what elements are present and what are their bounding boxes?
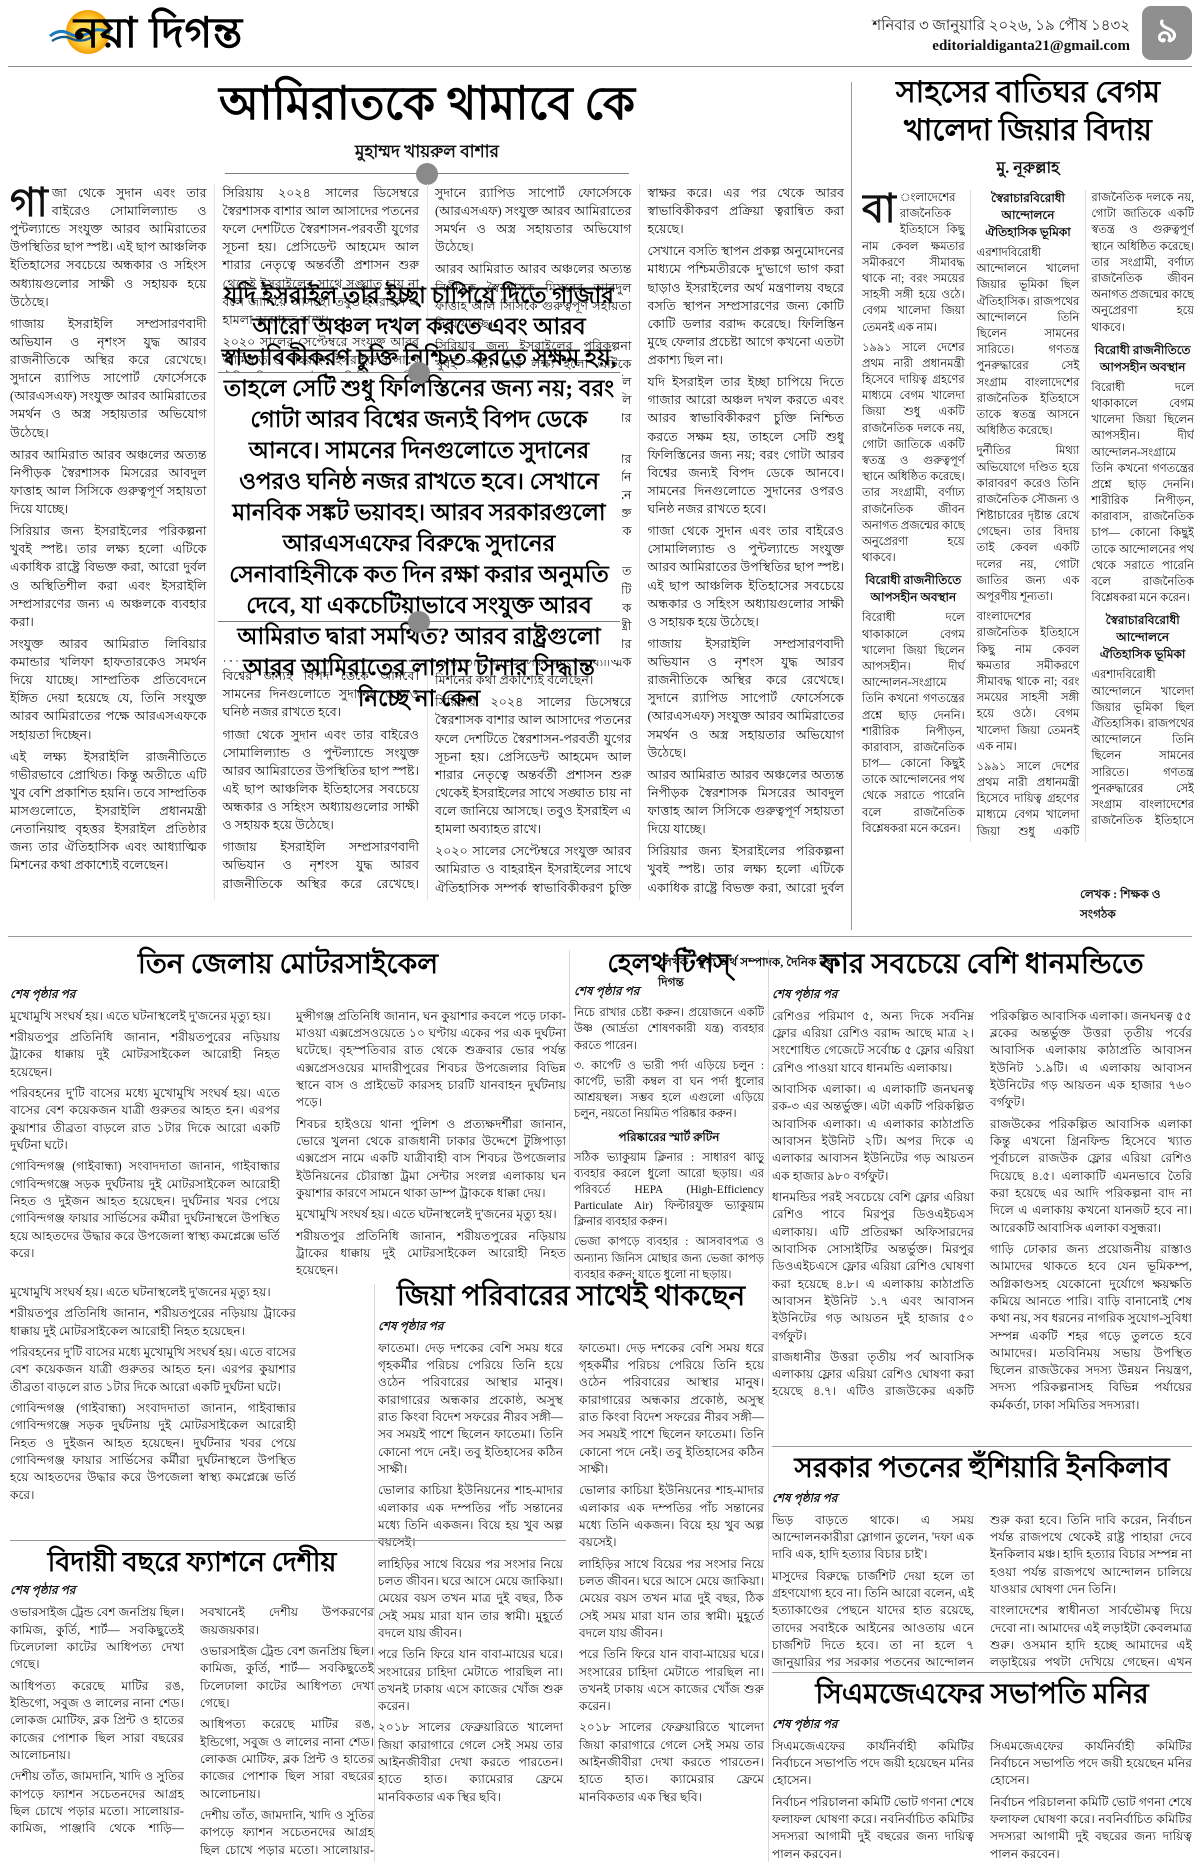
pull-quote-top-rule [218,372,620,373]
editorial-email: editorialdiganta21@gmail.com [872,36,1130,56]
right-stack-divider-1 [772,1446,1192,1447]
body-paragraph: মুন্সীগঞ্জ প্রতিনিধি জানান, ঘন কুয়াশার … [296,1008,566,1112]
body-paragraph: ভোলার কাচিয়া ইউনিয়নের শাহ-মাদার এলাকার… [579,1482,764,1551]
logo-text: নয়া দিগন্ত [74,0,243,71]
body-paragraph: মুখোমুখি সংঘর্ষ হয়। এতে ঘটনাস্থলেই দু'জ… [296,1206,566,1223]
continued-note: শেষ পৃষ্ঠার পর [378,1318,764,1338]
body-paragraph: ১৯৯১ সালে দেশের প্রথম নারী প্রধানমন্ত্রী… [862,340,965,567]
body-paragraph: পরে তিনি ফিরে যান বাবা-মায়ের ঘরে। সংসার… [579,1646,764,1715]
body-subhead: পরিষ্কারের স্মার্ট রুটিন [574,1129,764,1146]
left-stack-divider [10,1540,566,1541]
second-article: সাহসের বাতিঘর বেগম খালেদা জিয়ার বিদায় … [862,74,1194,842]
body-paragraph: শরীয়তপুর প্রতিনিধি জানান, শরীয়তপুরের ন… [10,1305,296,1340]
tin-jela-body: মুখোমুখি সংঘর্ষ হয়। এতে ঘটনাস্থলেই দু'জ… [10,1008,566,1288]
article-cmjf-monir: সিএমজেএফের সভাপতি মনির শেষ পৃষ্ঠার পর সি… [772,1678,1192,1866]
health-tips-title: হেলথ টিপস্ [574,948,764,979]
body-paragraph: শরীয়তপুর প্রতিনিধি জানান, শরীয়তপুরের ন… [10,1029,280,1081]
body-paragraph: সেখানে বসতি স্থাপন প্রকল্প অনুমোদনের মাধ… [648,242,845,369]
body-paragraph: সিরিয়ার জন্য ইসরাইলের পরিকল্পনা খুবই স্… [10,522,207,631]
continued-note: শেষ পৃষ্ঠার পর [772,1716,1192,1736]
body-paragraph: শরীয়তপুর প্রতিনিধি জানান, শরীয়তপুরের ন… [296,1228,566,1280]
continued-note: শেষ পৃষ্ঠার পর [10,986,566,1006]
article-bidayi-fashion: বিদায়ী বছরে ফ্যাশনে দেশীয় শেষ পৃষ্ঠার … [10,1546,374,1862]
body-paragraph: এই লক্ষ্য ইসরাইলি রাজনীতিতে গভীরভাবে প্র… [10,748,207,875]
body-paragraph: ফাতেমা। দেড় দশকের বেশি সময় ধরে গৃহকর্ম… [378,1340,563,1479]
cmjf-monir-title: সিএমজেএফের সভাপতি মনির [772,1678,1192,1712]
sarkar-potoner-title: সরকার পতনের হুঁশিয়ারি ইনকিলাব [772,1452,1192,1486]
body-paragraph: শিবচর হাইওয়ে থানা পুলিশ ও প্রত্যক্ষদর্শ… [296,1116,566,1203]
body-paragraph: গাড়ি ঢোকার জন্য প্রয়োজনীয় রাস্তাও আমা… [990,1241,1192,1414]
body-paragraph: গাজায় ইসরাইলি সম্প্রসারণবাদী অভিযান ও ন… [648,635,845,762]
far-dhanmondi-body: রেশিওর পরিমাণ ৫, অন্য দিকে সর্বনিম্ন ফ্ল… [772,1008,1192,1450]
body-paragraph: আবাসিক এলাকা। এ এলাকাটি জনঘনত্ব রক-৩ এর … [772,1081,974,1185]
sarkar-potoner-body: ভিড় বাড়তে থাকে। এ সময় আন্দোলনকারীরা স… [772,1512,1192,1672]
body-paragraph: লাহিড়ির সাথে বিয়ের পর সংসার নিয়ে চলত … [378,1556,563,1643]
pull-quote-text: যদি ইসরাইল তার ইচ্ছা চাপিয়ে দিতে গাজার … [218,280,620,715]
body-paragraph: লাহিড়ির সাথে বিয়ের পর সংসার নিয়ে চলত … [579,1556,764,1643]
continued-note: শেষ পৃষ্ঠার পর [772,1490,1192,1510]
body-paragraph: মুখোমুখি সংঘর্ষ হয়। এতে ঘটনাস্থলেই দু'জ… [10,1008,280,1025]
body-paragraph: ভোলার কাচিয়া ইউনিয়নের শাহ-মাদার এলাকার… [378,1482,563,1551]
body-paragraph: পরিবহনের দু'টি বাসের মধ্যে মুখোমুখি সংঘর… [10,1344,296,1396]
masthead: নয়া দিগন্ত শনিবার ৩ জানুয়ারি ২০২৬, ১৯ … [0,0,1200,66]
health-tips-body: নিচে রাখার চেষ্টা করুন। প্রয়োজনে একটি উ… [574,1005,764,1287]
continued-note: শেষ পৃষ্ঠার পর [574,983,764,1003]
tin-jela-body-continued: মুখোমুখি সংঘর্ষ হয়। এতে ঘটনাস্থলেই দু'জ… [10,1284,296,1536]
body-paragraph: সংযুক্ত আরব আমিরাত লিবিয়ার কমান্ডার খলি… [10,635,207,744]
bidayi-fashion-body: ওভারসাইজ ট্রেন্ড বেশ জনপ্রিয় ছিল। কামিজ… [10,1604,374,1862]
bottom-divider-2 [768,950,769,1862]
continued-note: শেষ পৃষ্ঠার পর [10,1582,374,1602]
body-paragraph: বাংলাদেশের রাজনৈতিক ইতিহাসে কিছু নাম কেব… [977,609,1080,755]
body-paragraph: রাজউকের পরিকল্পিত আবাসিক এলাকা কিন্তু এখ… [990,1116,1192,1237]
body-paragraph: ফাতেমা। দেড় দশকের বেশি সময় ধরে গৃহকর্ম… [579,1340,764,1479]
body-paragraph: ওভারসাইজ ট্রেন্ড বেশ জনপ্রিয় ছিল। কামিজ… [10,1604,184,1673]
body-paragraph: সঠিক ভ্যাকুয়াম ক্লিনার : সাধারণ ঝাড়ু ব… [574,1150,764,1231]
body-paragraph: ৩. কার্পেট ও ভারী পর্দা এড়িয়ে চলুন : ক… [574,1058,764,1123]
body-paragraph: গাজা থেকে সুদান এবং তার বাইরেও সোমালিল্য… [10,184,207,311]
jiya-family-title: জিয়া পরিবারের সাথেই থাকছেন [378,1280,764,1314]
second-article-byline: মু. নূরুল্লাহ [862,155,1194,182]
body-paragraph: গোবিন্দগঞ্জ (গাইবান্ধা) সংবাদদাতা জানান,… [10,1400,296,1504]
body-paragraph: ২০১৮ সালের ফেব্রুয়ারিতে খালেদা জিয়া কা… [579,1719,764,1806]
pull-quote-bottom-rule [218,621,620,622]
right-stack-divider-2 [772,1672,1192,1673]
drop-cap: গা [10,184,52,220]
body-paragraph: বিরোধী দলে থাকাকালে বেগম খালেদা জিয়া ছি… [1091,380,1194,607]
article-far-dhanmondi: ফার সবচেয়ে বেশি ধানমন্ডিতে শেষ পৃষ্ঠার … [772,948,1192,1450]
body-subhead: বিরোধী রাজনীতিতে আপসহীন অবস্থান [1091,342,1194,376]
body-paragraph: গাজা থেকে সুদান এবং তার বাইরেও সোমালিল্য… [223,726,420,835]
body-paragraph: বিরোধী দলে থাকাকালে বেগম খালেদা জিয়া ছি… [862,610,965,837]
body-paragraph: আরব আমিরাত আরব অঞ্চলের অত্যন্ত নিপীড়ক স… [648,766,845,839]
body-paragraph: গোবিন্দগঞ্জ (গাইবান্ধা) সংবাদদাতা জানান,… [10,1158,280,1262]
lead-article: আমিরাতকে থামাবে কে মুহাম্মদ খায়রুল বাশা… [10,74,844,900]
body-paragraph: ভেজা কাপড়ে ব্যবহার : আসবাবপত্র ও অন্যান… [574,1234,764,1283]
body-paragraph: গাজা থেকে সুদান এবং তার বাইরেও সোমালিল্য… [648,522,845,631]
body-paragraph: নিচে রাখার চেষ্টা করুন। প্রয়োজনে একটি উ… [574,1005,764,1054]
second-author-credit: লেখক : শিক্ষক ও সংগঠক [1080,884,1194,926]
article-sarkar-potoner: সরকার পতনের হুঁশিয়ারি ইনকিলাব শেষ পৃষ্ঠ… [772,1452,1192,1672]
bottom-divider-1 [569,950,570,1280]
tin-jela-title: তিন জেলায় মোটরসাইকেল [10,948,566,982]
lead-article-title: আমিরাতকে থামাবে কে [10,78,844,131]
section-divider [8,936,1192,937]
cmjf-monir-body: সিএমজেএফের কার্যনির্বাহী কমিটির নির্বাচন… [772,1738,1192,1866]
byline-divider-dot [225,173,629,174]
date-text: শনিবার ৩ জানুয়ারি ২০২৬, ১৯ পৌষ ১৪৩২ [872,16,1130,36]
body-paragraph: যদি ইসরাইল তার ইচ্ছা চাপিয়ে দিতে গাজার … [648,373,845,518]
drop-cap: বা [862,190,900,226]
body-paragraph: গাজায় ইসরাইলি সম্প্রসারণবাদী অভিযান ও ন… [10,315,207,442]
dateline: শনিবার ৩ জানুয়ারি ২০২৬, ১৯ পৌষ ১৪৩২ edi… [872,16,1130,57]
body-paragraph: মুখোমুখি সংঘর্ষ হয়। এতে ঘটনাস্থলেই দু'জ… [10,1284,296,1301]
body-paragraph: পরে তিনি ফিরে যান বাবা-মায়ের ঘরে। সংসার… [378,1646,563,1715]
bidayi-fashion-title: বিদায়ী বছরে ফ্যাশনে দেশীয় [10,1546,374,1578]
article-jiya-family: জিয়া পরিবারের সাথেই থাকছেন শেষ পৃষ্ঠার … [378,1280,764,1832]
second-article-title: সাহসের বাতিঘর বেগম খালেদা জিয়ার বিদায় [862,74,1194,149]
pull-quote-box: যদি ইসরাইল তার ইচ্ছা চাপিয়ে দিতে গাজার … [216,372,622,660]
body-subhead: স্বৈরাচারবিরোধী আন্দোলনে ঐতিহাসিক ভূমিকা [1091,612,1194,663]
bottom-divider-3 [374,1284,375,1862]
body-paragraph: রেশিওর পরিমাণ ৫, অন্য দিকে সর্বনিম্ন ফ্ল… [772,1008,974,1077]
jiya-family-body: ফাতেমা। দেড় দশকের বেশি সময় ধরে গৃহকর্ম… [378,1340,764,1832]
body-subhead: বিরোধী রাজনীতিতে আপসহীন অবস্থান [862,572,965,606]
body-paragraph: এরশাদবিরোধী আন্দোলনে খালেদা জিয়ার ভূমিক… [977,245,1080,439]
body-paragraph: ২০১৮ সালের ফেব্রুয়ারিতে খালেদা জিয়া কা… [378,1719,563,1806]
body-paragraph: সিরিয়ায় ২০২৪ সালের ডিসেম্বরে স্বৈরশাসক… [435,693,632,838]
body-paragraph: নির্বাচন পরিচালনা কমিটি ভোট গণনা শেষে ফল… [990,1794,1192,1863]
body-paragraph: আধিপত্য করেছে মাটির রঙ, ইন্ডিগো, সবুজ ও … [200,1716,374,1803]
body-paragraph: দুর্নীতির মিথ্যা অভিযোগে দণ্ডিত হয়ে কার… [977,443,1080,605]
body-paragraph: পরিবহনের দু'টি বাসের মধ্যে মুখোমুখি সংঘর… [10,1085,280,1154]
body-paragraph: আরব আমিরাত আরব অঞ্চলের অত্যন্ত নিপীড়ক স… [10,446,207,519]
article-health-tips: হেলথ টিপস্ শেষ পৃষ্ঠার পর নিচে রাখার চেষ… [574,948,764,1287]
body-paragraph: আধিপত্য করেছে মাটির রঙ, ইন্ডিগো, সবুজ ও … [10,1678,184,1765]
continued-note: শেষ পৃষ্ঠার পর [772,986,1192,1006]
top-articles-divider [851,82,852,930]
body-paragraph: সিএমজেএফের কার্যনির্বাহী কমিটির নির্বাচন… [772,1738,974,1790]
body-subhead: স্বৈরাচারবিরোধী আন্দোলনে ঐতিহাসিক ভূমিকা [977,190,1080,241]
body-paragraph: নির্বাচন পরিচালনা কমিটি ভোট গণনা শেষে ফল… [772,1794,974,1863]
masthead-divider [8,66,1192,67]
newspaper-page: নয়া দিগন্ত শনিবার ৩ জানুয়ারি ২০২৬, ১৯ … [0,0,1200,1868]
far-dhanmondi-title: ফার সবচেয়ে বেশি ধানমন্ডিতে [772,948,1192,982]
body-paragraph: ওভারসাইজ ট্রেন্ড বেশ জনপ্রিয় ছিল। কামিজ… [200,1643,374,1712]
body-paragraph: বাংলাদেশের রাজনৈতিক ইতিহাসে কিছু নাম কেব… [862,190,965,336]
body-paragraph: সিএমজেএফের কার্যনির্বাহী কমিটির নির্বাচন… [990,1738,1192,1790]
article-tin-jela-continued: মুখোমুখি সংঘর্ষ হয়। এতে ঘটনাস্থলেই দু'জ… [10,1284,296,1536]
page-number-badge: ৯ [1142,6,1192,60]
article-tin-jela: তিন জেলায় মোটরসাইকেল শেষ পৃষ্ঠার পর মুখ… [10,948,566,1288]
body-paragraph: ভিড় বাড়তে থাকে। এ সময় আন্দোলনকারীরা স… [772,1512,974,1564]
second-article-body: বাংলাদেশের রাজনৈতিক ইতিহাসে কিছু নাম কেব… [862,190,1194,842]
newspaper-logo: নয়া দিগন্ত [48,6,243,64]
body-paragraph: ধানমন্ডির পরই সবচেয়ে বেশি ফ্লোর এরিয়া … [772,1189,974,1345]
